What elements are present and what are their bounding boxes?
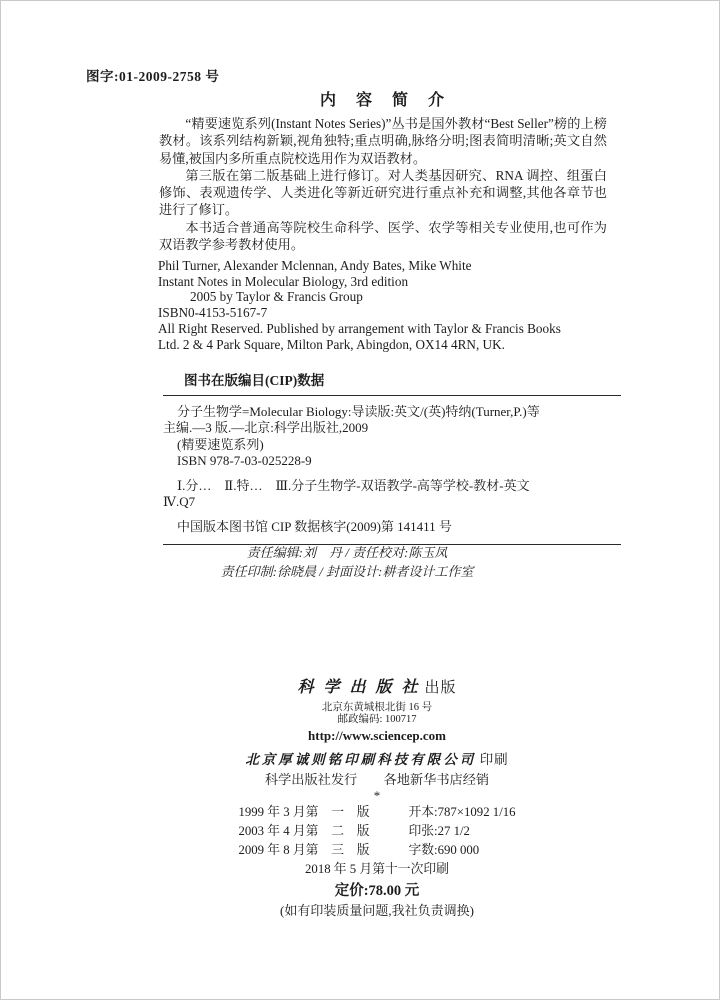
original-isbn-line: ISBN0-4153-5167-7 — [158, 305, 628, 321]
quality-note: (如有印装质量问题,我社负责调换) — [33, 902, 720, 920]
authors-line: Phil Turner, Alexander Mclennan, Andy Ba… — [158, 258, 628, 274]
edition-history-row: 2009 年 8 月第 三 版 字数:690 000 — [238, 841, 515, 860]
original-edition-info: Phil Turner, Alexander Mclennan, Andy Ba… — [158, 258, 628, 352]
edition-spec: 开本:787×1092 1/16 — [408, 803, 515, 822]
printer-role: 印刷 — [480, 752, 509, 767]
edition-date: 2003 年 4 月第 二 版 — [238, 822, 408, 841]
cip-line: Ⅰ.分… Ⅱ.特… Ⅲ.分子生物学-双语教学-高等学校-教材-英文 — [163, 478, 621, 495]
copyright-page: 图字:01-2009-2758 号 内 容 简 介 “精要速览系列(Instan… — [0, 0, 720, 1000]
divider-asterisk: * — [33, 789, 720, 803]
colophon: 科 学 出 版 社 出版 北京东黄城根北街 16 号 邮政编码: 100717 … — [1, 677, 720, 920]
distribution-line: 科学出版社发行 各地新华书店经销 — [33, 771, 720, 789]
publisher-address: 北京东黄城根北街 16 号 — [33, 701, 720, 714]
register-number: 图字:01-2009-2758 号 — [86, 65, 219, 85]
publisher-role: 出版 — [425, 680, 457, 696]
publisher-name: 科 学 出 版 社 — [297, 679, 420, 696]
edition-spec: 印张:27 1/2 — [408, 822, 515, 841]
intro-title: 内 容 简 介 — [159, 87, 607, 110]
cip-line: Ⅳ.Q7 — [163, 494, 621, 511]
edition-date: 1999 年 3 月第 一 版 — [238, 803, 408, 822]
staff-editors-line: 责任编辑:刘 丹 / 责任校对:陈玉凤 — [161, 544, 533, 563]
copyright-year-line: 2005 by Taylor & Francis Group — [158, 289, 628, 305]
edition-history-row: 1999 年 3 月第 一 版 开本:787×1092 1/16 — [238, 803, 515, 822]
cip-line: 主编.—3 版.—北京:科学出版社,2009 — [163, 420, 621, 437]
cip-section: 图书在版编目(CIP)数据 分子生物学=Molecular Biology:导读… — [163, 373, 621, 545]
publisher-postcode: 邮政编码: 100717 — [33, 714, 720, 726]
price-line: 定价:78.00 元 — [33, 882, 720, 901]
cip-content: 分子生物学=Molecular Biology:导读版:英文/(英)特纳(Tur… — [163, 396, 621, 545]
cip-line: (精要速览系列) — [163, 437, 621, 454]
cip-line: ISBN 978-7-03-025228-9 — [163, 453, 621, 470]
publisher-line: 科 学 出 版 社 出版 — [33, 677, 720, 699]
cip-line: 分子生物学=Molecular Biology:导读版:英文/(英)特纳(Tur… — [163, 404, 621, 421]
staff-credits: 责任编辑:刘 丹 / 责任校对:陈玉凤 责任印制:徐晓晨 / 封面设计:耕者设计… — [161, 544, 533, 581]
printing-line: 2018 年 5 月第十一次印刷 — [33, 860, 720, 878]
edition-history-row: 2003 年 4 月第 二 版 印张:27 1/2 — [238, 822, 515, 841]
cip-header: 图书在版编目(CIP)数据 — [163, 373, 621, 395]
rights-line: All Right Reserved. Published by arrange… — [158, 321, 628, 337]
cip-line: 中国版本图书馆 CIP 数据核字(2009)第 141411 号 — [163, 519, 621, 536]
intro-section: “精要速览系列(Instant Notes Series)”丛书是国外教材“Be… — [159, 115, 607, 253]
intro-paragraph: 第三版在第二版基础上进行修订。对人类基因研究、RNA 调控、组蛋白修饰、表观遗传… — [159, 167, 607, 219]
intro-paragraph: 本书适合普通高等院校生命科学、医学、农学等相关专业使用,也可作为双语教学参考教材… — [159, 219, 607, 254]
publisher-website: http://www.sciencep.com — [33, 728, 720, 744]
rights-line: Ltd. 2 & 4 Park Square, Milton Park, Abi… — [158, 337, 628, 353]
edition-spec: 字数:690 000 — [408, 841, 515, 860]
staff-print-design-line: 责任印制:徐晓晨 / 封面设计:耕者设计工作室 — [161, 563, 533, 582]
printer-name: 北京厚诚则铭印刷科技有限公司 — [245, 752, 476, 767]
intro-paragraph: “精要速览系列(Instant Notes Series)”丛书是国外教材“Be… — [159, 115, 607, 167]
printer-line: 北京厚诚则铭印刷科技有限公司 印刷 — [33, 750, 720, 769]
edition-date: 2009 年 8 月第 三 版 — [238, 841, 408, 860]
original-title-line: Instant Notes in Molecular Biology, 3rd … — [158, 274, 628, 290]
edition-history: 1999 年 3 月第 一 版 开本:787×1092 1/16 2003 年 … — [238, 803, 515, 860]
